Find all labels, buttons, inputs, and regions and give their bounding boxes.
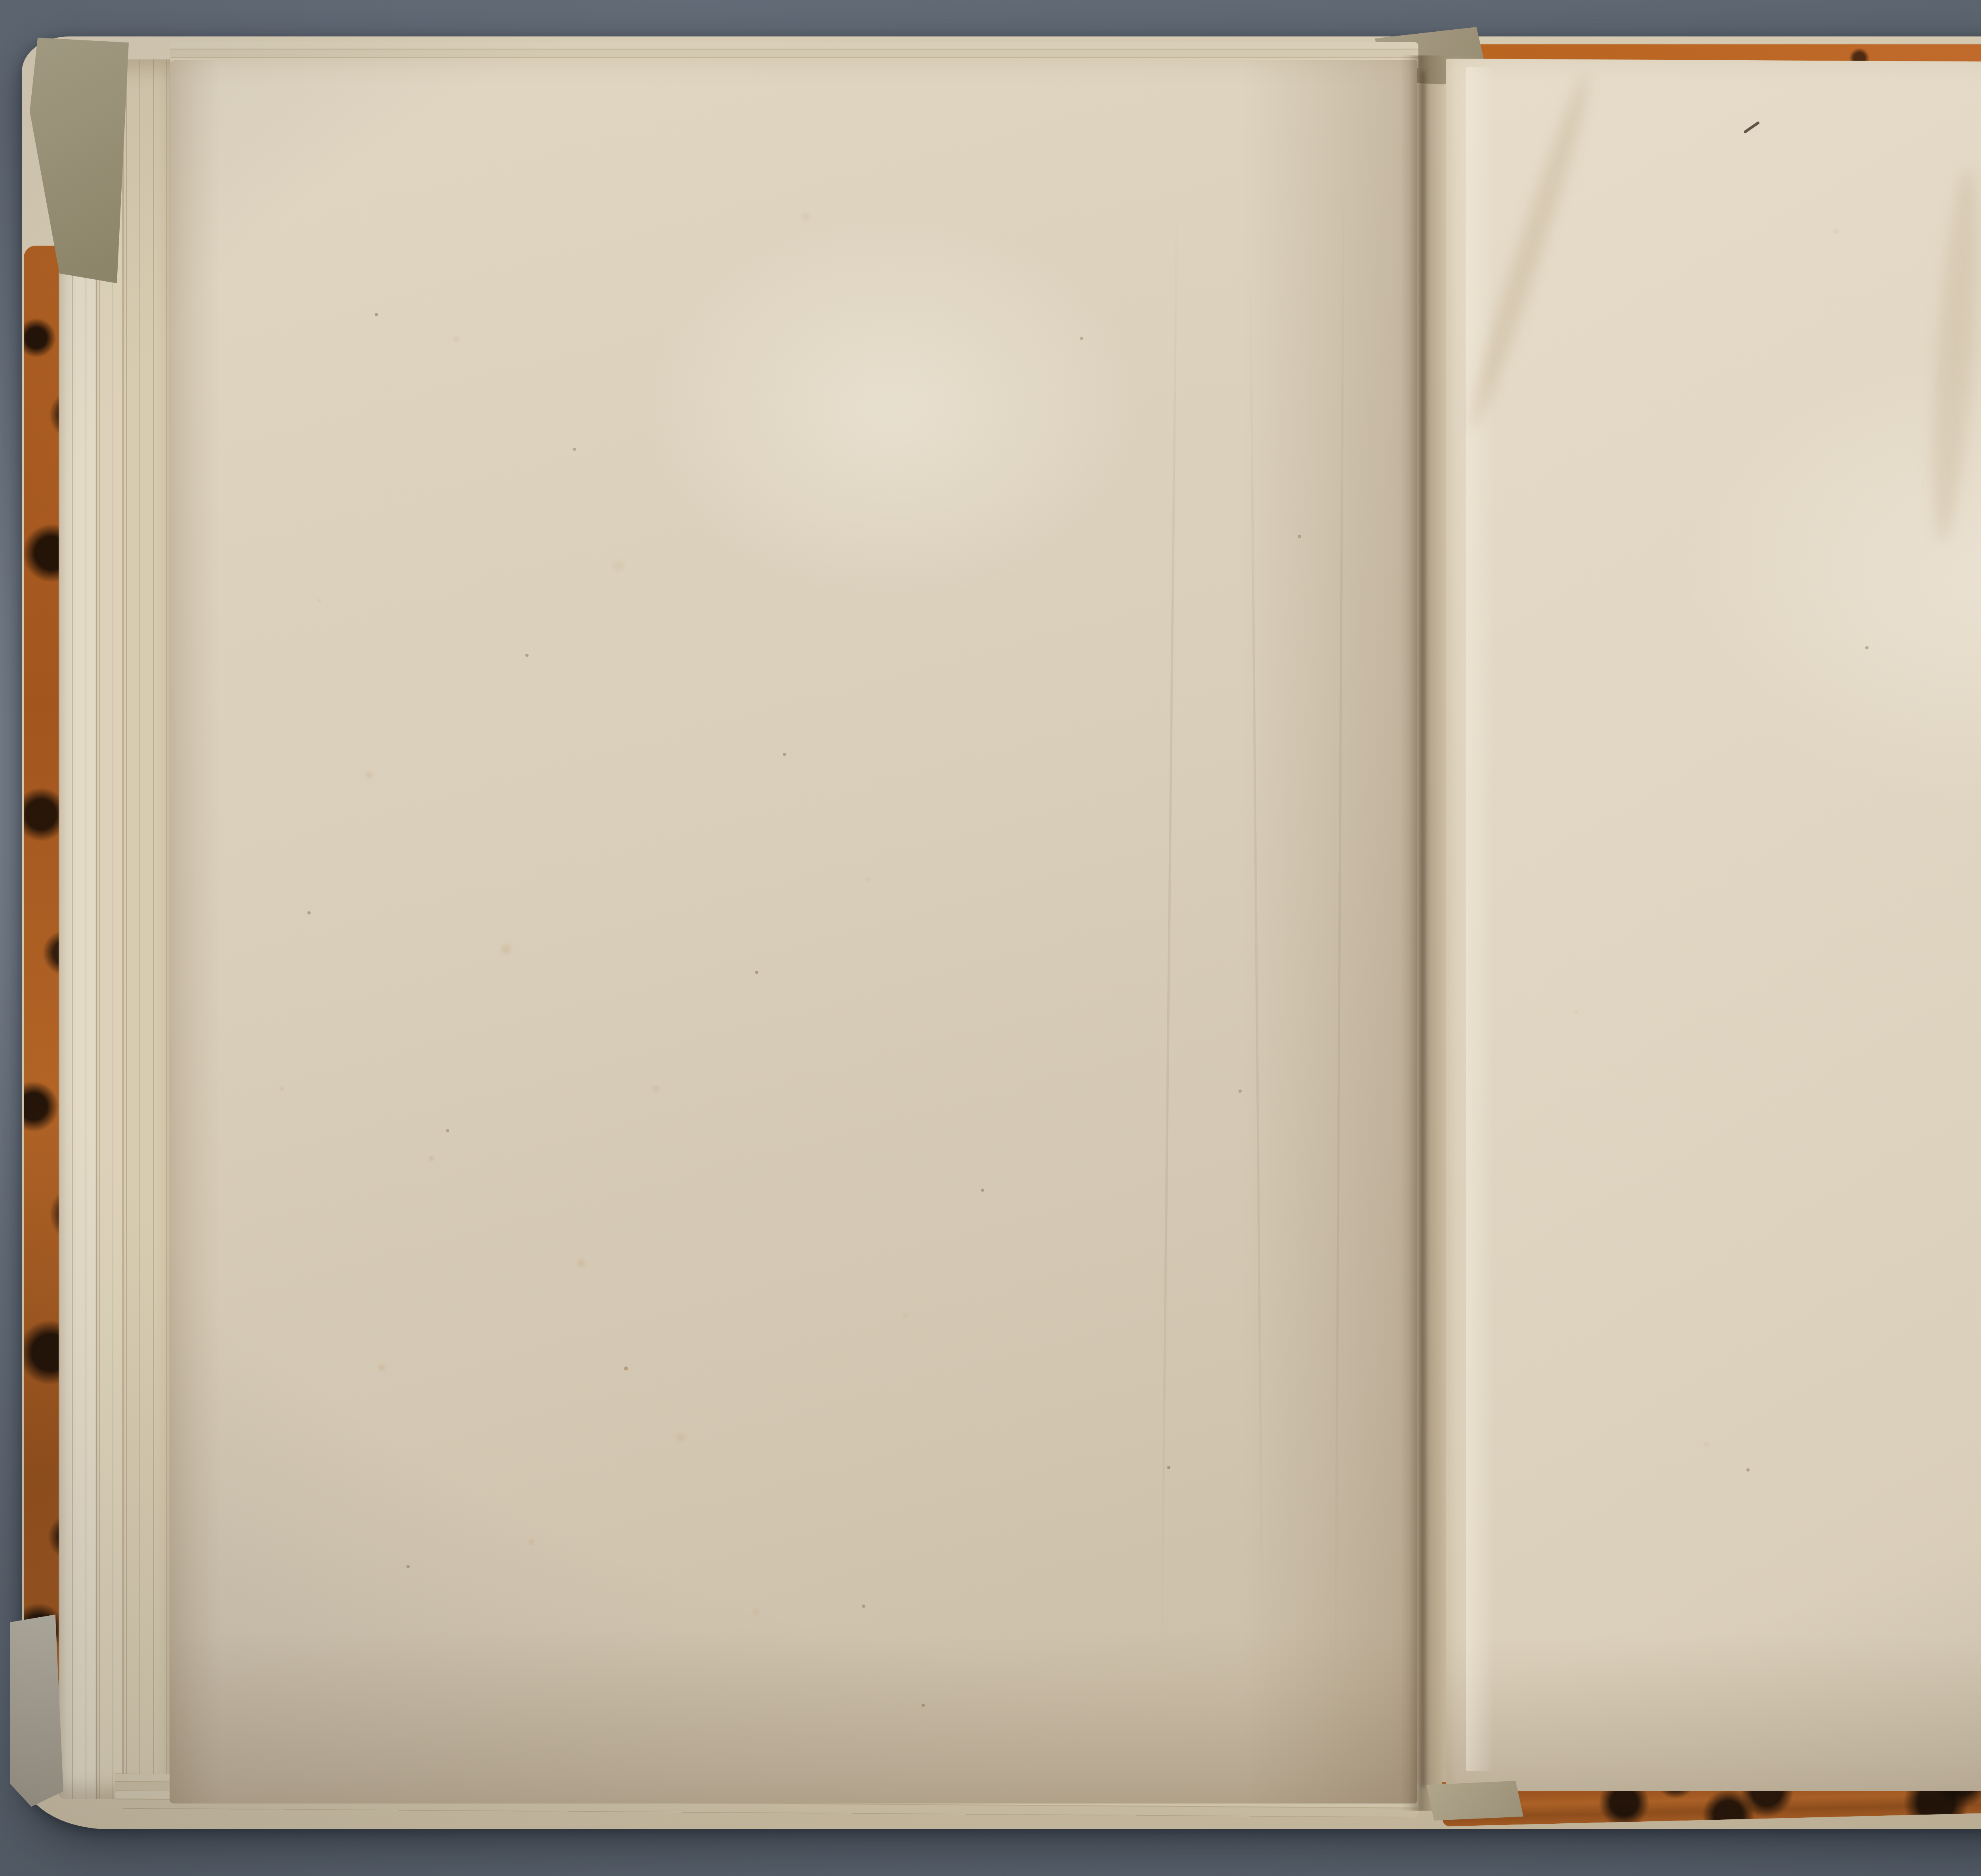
page-crease	[1249, 258, 1264, 1645]
photo-backdrop: Baslmi Re Petiki	[0, 0, 1981, 1876]
page-crease	[1160, 179, 1178, 1685]
gutter-shadow	[1401, 55, 1486, 1811]
page-crease	[1334, 159, 1345, 1704]
right-page	[1446, 59, 1981, 1791]
left-page	[170, 60, 1417, 1803]
foxing-specks-left	[170, 60, 171, 62]
gutter-fold-line	[1421, 71, 1426, 1787]
vellum-piece-bottom-center	[1426, 1781, 1523, 1821]
page-edge-stack-left	[59, 59, 174, 1799]
vellum-corner-bottom-left	[10, 1615, 63, 1807]
